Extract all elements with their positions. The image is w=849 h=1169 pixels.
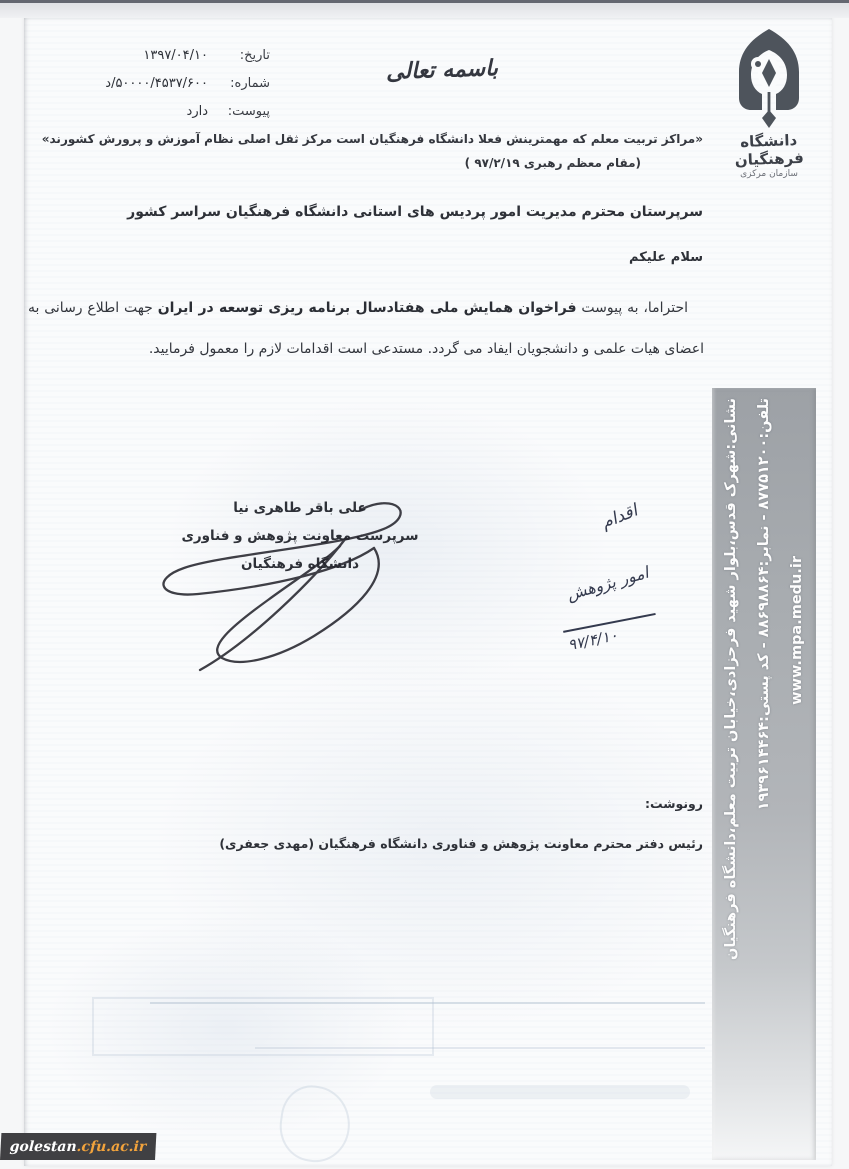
contact-line: تلفن:۸۷۷۵۱۲۰۰ - نمابر:۸۸۶۹۸۸۶۴ - کد پستی… (748, 388, 781, 1160)
university-logo-block: دانشگاه فرهنگیان سازمان مرکزی (708, 26, 830, 179)
scan-top-margin (0, 3, 849, 18)
cc-recipient: رئیس دفتر محترم معاونت پژوهش و فناوری دا… (28, 836, 703, 851)
cc-label: رونوشت: (28, 796, 703, 811)
central-organization-label: سازمان مرکزی (708, 169, 830, 179)
handwritten-action-word: اقدام (599, 501, 641, 533)
quote-attribution: (مقام معظم رهبری ۹۷/۲/۱۹ ) (465, 156, 641, 170)
salutation: سلام علیکم (28, 250, 703, 265)
watermark-site-name: golestan (9, 1139, 77, 1155)
attachment-value: دارد (187, 104, 208, 119)
letter-body: احتراما، به پیوست فراخوان همایش ملی هفتا… (28, 288, 704, 370)
attachment-row: پیوست: دارد (40, 104, 270, 119)
letter-header-fields: تاریخ: ۱۳۹۷/۰۴/۱۰ شماره: د/۵۰۰۰۰/۴۵۳۷/۶۰… (40, 48, 270, 132)
watermark-domain: .cfu.ac.ir (76, 1139, 146, 1155)
scanned-letter-page: تاریخ: ۱۳۹۷/۰۴/۱۰ شماره: د/۵۰۰۰۰/۴۵۳۷/۶۰… (0, 0, 849, 1169)
university-name: دانشگاه فرهنگیان (707, 130, 830, 170)
conference-title-bold: فراخوان همایش ملی هفتادسال برنامه ریزی ت… (158, 300, 577, 316)
farhangian-university-emblem-icon (728, 26, 810, 130)
signer-name: علی باقر طاهری نیا (150, 494, 450, 522)
date-row: تاریخ: ۱۳۹۷/۰۴/۱۰ (40, 48, 270, 63)
date-value: ۱۳۹۷/۰۴/۱۰ (143, 48, 208, 63)
date-label: تاریخ: (222, 48, 270, 63)
addressee-line: سرپرستان محترم مدیریت امور پردیس های است… (28, 204, 703, 220)
attachment-label: پیوست: (222, 104, 270, 119)
body-text-start: احتراما، به پیوست (577, 300, 688, 316)
number-value: د/۵۰۰۰۰/۴۵۳۷/۶۰۰ (105, 76, 208, 91)
handwritten-referral-note: اقدام امور پژوهش ۹۷/۴/۱۰ (542, 494, 729, 681)
letterhead-address-band: نشانی:شهرک قدس،بلوار شهید فرحزادی،خیابان… (712, 388, 816, 1160)
golestan-watermark-bar: golestan .cfu.ac.ir (0, 1133, 156, 1160)
website-url: www.mpa.medu.ir (781, 388, 814, 1160)
number-row: شماره: د/۵۰۰۰۰/۴۵۳۷/۶۰۰ (40, 76, 270, 91)
address-band-rotated-text: نشانی:شهرک قدس،بلوار شهید فرحزادی،خیابان… (712, 388, 819, 1160)
signature-block: علی باقر طاهری نیا سرپرست معاونت پژوهش و… (150, 494, 450, 578)
number-label: شماره: (222, 76, 270, 91)
leader-quote: «مراکز تربیت معلم که مهمترینش فعلا دانشگ… (28, 132, 703, 146)
address-line: نشانی:شهرک قدس،بلوار شهید فرحزادی،خیابان… (715, 388, 748, 1160)
signer-organization: دانشگاه فرهنگیان (150, 550, 450, 578)
handwritten-research-affairs: امور پژوهش (565, 563, 651, 604)
signer-title: سرپرست معاونت پژوهش و فناوری (150, 522, 450, 550)
